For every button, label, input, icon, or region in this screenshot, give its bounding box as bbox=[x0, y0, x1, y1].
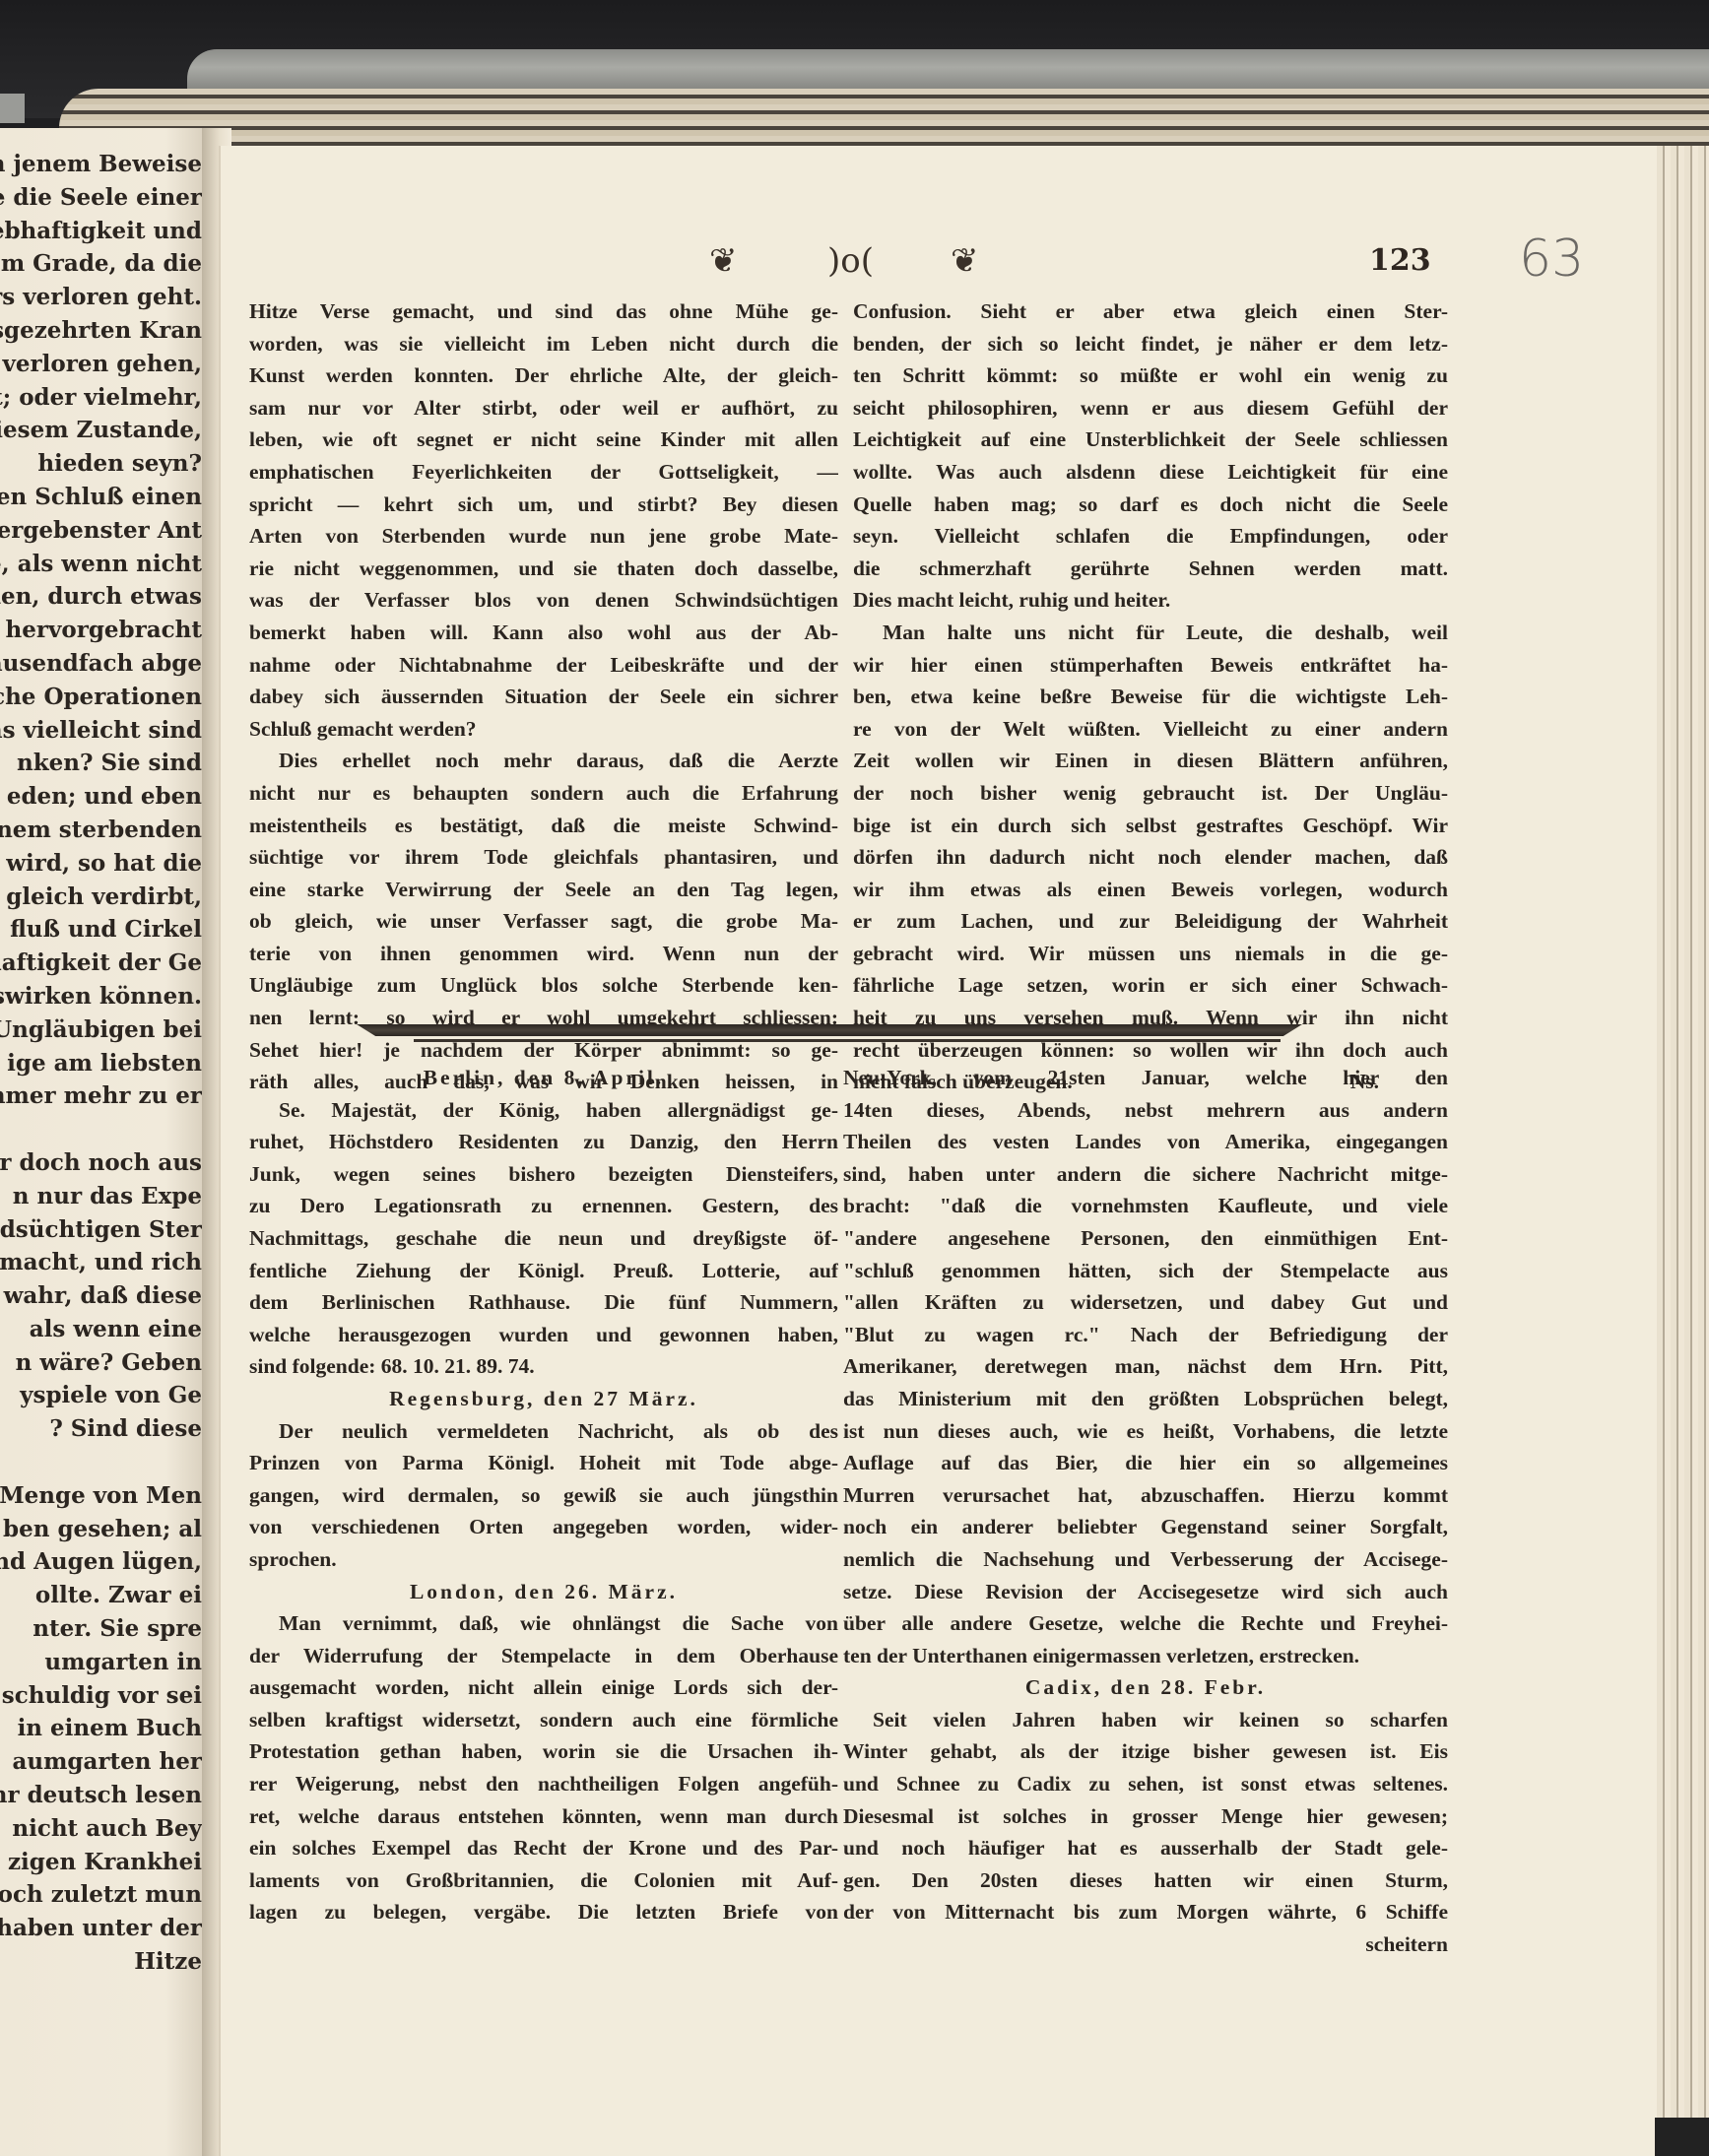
left-page-line-text: sen Schluß einen bbox=[0, 484, 202, 510]
left-page-line: ndsüchtigen Ster bbox=[0, 1213, 202, 1247]
left-page-line: n diesem Zustande, bbox=[0, 414, 202, 447]
cadix-line: und Schnee zu Cadix zu sehen, ist sonst … bbox=[843, 1768, 1448, 1800]
left-page-line: n ergebenster Ant bbox=[0, 514, 202, 548]
text-line: Zeit wollen wir Einen in diesen Blättern… bbox=[853, 745, 1448, 777]
dateline-berlin: Berlin, den 8. April. bbox=[249, 1062, 838, 1094]
left-page-line: wird, so hat die bbox=[0, 847, 202, 881]
left-page-line: hieden seyn? bbox=[0, 447, 202, 481]
left-page-text: in jenem Beweiseäre die Seele einere Leb… bbox=[0, 148, 202, 1979]
headband-left bbox=[0, 94, 25, 123]
text-line: meistentheils es bestätigt, daß die meis… bbox=[249, 810, 838, 842]
left-page-line-text: hieden seyn? bbox=[37, 450, 202, 477]
new-york-line: Neu-York, vom 21sten Januar, welche hier… bbox=[843, 1062, 1448, 1094]
left-page-line-text: e Lebhaftigkeit und bbox=[0, 218, 202, 244]
left-page-line-text: schuldig vor sei bbox=[2, 1682, 202, 1709]
left-page-line: ? Sind diese bbox=[0, 1412, 202, 1446]
news-left-column: Berlin, den 8. April.Se. Majestät, der K… bbox=[249, 1062, 838, 1928]
left-page-line-text: yspiele von Ge bbox=[20, 1382, 202, 1408]
left-page-line: piß verloren gehen, bbox=[0, 348, 202, 381]
new-york-line: Murren verursachet hat, abzuschaffen. Hi… bbox=[843, 1479, 1448, 1512]
text-line: fährliche Lage setzen, worin er sich ein… bbox=[853, 969, 1448, 1002]
left-page-line-text: einem sterbenden bbox=[0, 817, 202, 843]
london-line: Man vernimmt, daß, wie ohnlängst die Sac… bbox=[249, 1607, 838, 1640]
text-line: Dies macht leicht, ruhig und heiter. bbox=[853, 584, 1448, 617]
text-line: Kunst werden konnten. Der ehrliche Alte,… bbox=[249, 359, 838, 392]
text-line: ten Schritt kömmt: so müßte er wohl ein … bbox=[853, 359, 1448, 392]
new-york-line: "schluß genommen hätten, sich der Stempe… bbox=[843, 1255, 1448, 1287]
new-york-line: das Ministerium mit den größten Lobsprüc… bbox=[843, 1383, 1448, 1415]
left-page-line: schuldig vor sei bbox=[0, 1679, 202, 1713]
left-page-line-text: haftigkeit der Ge bbox=[0, 949, 202, 976]
berlin-line: Se. Majestät, der König, haben allergnäd… bbox=[249, 1094, 838, 1127]
cadix-line: gen. Den 20sten dieses hatten wir einen … bbox=[843, 1864, 1448, 1897]
cadix-line: Seit vielen Jahren haben wir keinen so s… bbox=[843, 1704, 1448, 1736]
regensburg-line: von verschiedenen Orten angegeben worden… bbox=[249, 1511, 838, 1543]
text-line: worden, was sie vielleicht im Leben nich… bbox=[249, 328, 838, 360]
left-page-line-text: Hitze bbox=[134, 1948, 202, 1975]
text-line: der noch bisher wenig gebraucht ist. Der… bbox=[853, 777, 1448, 810]
left-page-line bbox=[0, 1446, 202, 1479]
left-page-line: ben gesehen; al bbox=[0, 1513, 202, 1546]
new-york-line: über alle andere Gesetze, welche die Rec… bbox=[843, 1607, 1448, 1640]
new-york-line: bracht: "daß die vornehmsten Kaufleute, … bbox=[843, 1190, 1448, 1222]
left-page-line-text: be, als wenn nicht bbox=[0, 551, 202, 577]
text-line: sam nur vor Alter stirbt, oder weil er a… bbox=[249, 392, 838, 425]
text-line: terie von ihnen genommen wird. Wenn nun … bbox=[249, 938, 838, 970]
left-page-line-text: fluß und Cirkel bbox=[10, 916, 202, 943]
left-page-line-text: haben unter der bbox=[0, 1915, 202, 1941]
bottom-shadow bbox=[1655, 2118, 1709, 2156]
text-line: seicht philosophiren, wenn er aus diesem… bbox=[853, 392, 1448, 425]
text-line: nicht nur es behaupten sondern auch die … bbox=[249, 777, 838, 810]
left-page-line: zigen Krankhei bbox=[0, 1846, 202, 1879]
article-left-column: Hitze Verse gemacht, und sind das ohne M… bbox=[249, 295, 838, 1098]
left-page-line: e Lebhaftigkeit und bbox=[0, 215, 202, 248]
left-page-line-text: n nur das Expe bbox=[13, 1183, 202, 1209]
left-page-line-text: n wäre? Geben bbox=[16, 1349, 202, 1376]
berlin-line: sind folgende: 68. 10. 21. 89. 74. bbox=[249, 1350, 838, 1383]
london-line: ausgemacht worden, nicht allein einige L… bbox=[249, 1671, 838, 1704]
text-line: Hitze Verse gemacht, und sind das ohne M… bbox=[249, 295, 838, 328]
new-york-line: nemlich die Nachsehung und Verbesserung … bbox=[843, 1543, 1448, 1576]
left-page-line: eden; und eben bbox=[0, 780, 202, 814]
left-page-line: umgarten in bbox=[0, 1646, 202, 1679]
text-line: Confusion. Sieht er aber etwa gleich ein… bbox=[853, 295, 1448, 328]
new-york-line: Amerikaner, deretwegen man, nächst dem H… bbox=[843, 1350, 1448, 1383]
text-line: Leichtigkeit auf eine Unsterblichkeit de… bbox=[853, 424, 1448, 456]
text-line: spricht — kehrt sich um, und stirbt? Bey… bbox=[249, 489, 838, 521]
dateline-cadix: Cadix, den 28. Febr. bbox=[843, 1671, 1448, 1704]
cadix-line: Diesesmal ist solches in grosser Menge h… bbox=[843, 1800, 1448, 1833]
left-page-line: noch zuletzt mun bbox=[0, 1878, 202, 1912]
left-page-line-text: nnen, durch etwas bbox=[0, 583, 202, 610]
text-line: gebracht wird. Wir müssen uns niemals in… bbox=[853, 938, 1448, 970]
left-page-line-text: n diesem Zustande, bbox=[0, 417, 202, 443]
left-page-line: n wäre? Geben bbox=[0, 1346, 202, 1380]
text-line: wir ihm etwas als einen Beweis vorlegen,… bbox=[853, 874, 1448, 906]
new-york-line: noch ein anderer beliebter Gegenstand se… bbox=[843, 1511, 1448, 1543]
text-line: süchtige vor ihrem Tode gleichfals phant… bbox=[249, 841, 838, 874]
left-page-line: haben unter der bbox=[0, 1912, 202, 1945]
left-page-line: aumgarten her bbox=[0, 1745, 202, 1779]
left-page-line-text: ist; oder vielmehr, bbox=[0, 384, 202, 411]
text-line: die schmerzhaft gerührte Sehnen werden m… bbox=[853, 553, 1448, 585]
left-page-line: nnen, durch etwas bbox=[0, 580, 202, 614]
left-page-line: äre die Seele einer bbox=[0, 181, 202, 215]
left-page-line-text: Menge von Men bbox=[0, 1482, 202, 1509]
left-page-line: Hitze bbox=[0, 1945, 202, 1979]
left-page-line-text: aumgarten her bbox=[12, 1748, 202, 1775]
berlin-line: dem Berlinischen Rathhause. Die fünf Num… bbox=[249, 1286, 838, 1319]
text-line: Dies erhellet noch mehr daraus, daß die … bbox=[249, 745, 838, 777]
text-line: eine starke Verwirrung der Seele an den … bbox=[249, 874, 838, 906]
header-center-ornament: )o( bbox=[827, 241, 874, 281]
left-page-line-text: nes hervorgebracht bbox=[0, 617, 202, 643]
left-page-line-text: usgezehrten Kran bbox=[0, 317, 202, 344]
catchword: scheitern bbox=[843, 1928, 1448, 1961]
berlin-line: Junk, wegen seines bishero bezeigten Die… bbox=[249, 1158, 838, 1191]
page-stack-edge bbox=[1657, 146, 1709, 2156]
regensburg-line: gangen, wird dermalen, so gewiß sie auch… bbox=[249, 1479, 838, 1512]
new-york-line: 14ten dieses, Abends, nebst mehrern aus … bbox=[843, 1094, 1448, 1127]
left-page-line: nken? Sie sind bbox=[0, 747, 202, 780]
text-line: Man halte uns nicht für Leute, die desha… bbox=[853, 617, 1448, 649]
regensburg-line: Prinzen von Parma Königl. Hoheit mit Tod… bbox=[249, 1447, 838, 1479]
left-page-line: wahr, daß diese bbox=[0, 1279, 202, 1313]
text-line: Ungläubige zum Unglück blos solche Sterb… bbox=[249, 969, 838, 1002]
cadix-line: der von Mitternacht bis zum Morgen währt… bbox=[843, 1896, 1448, 1928]
left-page-line: Ungläubigen bei bbox=[0, 1013, 202, 1047]
london-line: selben kraftigst widersetzt, sondern auc… bbox=[249, 1704, 838, 1736]
left-page-line: emacht, und rich bbox=[0, 1246, 202, 1279]
left-page-line: fluß und Cirkel bbox=[0, 913, 202, 947]
text-line: dabey sich äussernden Situation der Seel… bbox=[249, 681, 838, 713]
left-page-line: ist; oder vielmehr, bbox=[0, 381, 202, 415]
dateline-london: London, den 26. März. bbox=[249, 1576, 838, 1608]
left-page-line: tausendfach abge bbox=[0, 647, 202, 681]
left-page-line-text: zigen Krankhei bbox=[8, 1849, 202, 1875]
left-page-line-text: umgarten in bbox=[44, 1649, 202, 1675]
left-page-line: in jenem Beweise bbox=[0, 148, 202, 181]
left-page-line: ollte. Zwar ei bbox=[0, 1579, 202, 1612]
left-page-line-text: ige am liebsten bbox=[7, 1050, 202, 1077]
page-header: ❦ )o( ❦ 123 63 bbox=[690, 241, 1655, 281]
left-page-line: als wenn eine bbox=[0, 1313, 202, 1346]
left-page-line-text: ndsüchtigen Ster bbox=[0, 1216, 202, 1243]
text-line: er zum Lachen, und zur Beleidigung der W… bbox=[853, 905, 1448, 938]
page-edges bbox=[59, 89, 1709, 148]
left-page-line: yspiele von Ge bbox=[0, 1379, 202, 1412]
section-divider-thin bbox=[414, 1039, 1281, 1042]
text-line: wollte. Was auch alsdenn diese Leichtigk… bbox=[853, 456, 1448, 489]
left-page-line-text: er doch noch aus bbox=[0, 1149, 202, 1176]
left-page-line: hr deutsch lesen bbox=[0, 1779, 202, 1812]
left-page-line-text: wahr, daß diese bbox=[4, 1282, 202, 1309]
section-divider bbox=[357, 1024, 1302, 1036]
left-page-line-text: emacht, und rich bbox=[0, 1249, 202, 1275]
archive-pencil-number: 63 bbox=[1519, 229, 1584, 289]
left-page-line-text: tausendfach abge bbox=[0, 650, 202, 677]
left-page-line: ische Operationen bbox=[0, 681, 202, 714]
left-page-line-text: n ergebenster Ant bbox=[0, 517, 202, 544]
shell-ornament-icon: ❦ bbox=[951, 241, 979, 281]
left-page-line-text: äre die Seele einer bbox=[0, 184, 202, 211]
left-page-line: nter. Sie spre bbox=[0, 1612, 202, 1646]
text-line: benden, der sich so leicht findet, je nä… bbox=[853, 328, 1448, 360]
page-number: 123 bbox=[1369, 243, 1431, 278]
left-page-line: Menge von Men bbox=[0, 1479, 202, 1513]
left-page-line-text: m Grade, da die bbox=[1, 250, 202, 277]
left-page-line-text: in jenem Beweise bbox=[0, 151, 202, 177]
news-right-column: Neu-York, vom 21sten Januar, welche hier… bbox=[843, 1062, 1448, 1961]
left-page-line: be, als wenn nicht bbox=[0, 548, 202, 581]
left-page-line-text: uswirken können. bbox=[0, 983, 202, 1010]
new-york-line: "Blut zu wagen rc." Nach der Befriedigun… bbox=[843, 1319, 1448, 1351]
new-york-line: ten der Unterthanen einigermassen verlet… bbox=[843, 1640, 1448, 1672]
left-page-line: rns vielleicht sind bbox=[0, 714, 202, 748]
left-page-line-text: Ungläubigen bei bbox=[0, 1016, 202, 1043]
london-line: ret, welche daraus entstehen könnten, we… bbox=[249, 1800, 838, 1833]
text-line: ben, etwa keine beßre Beweise für die wi… bbox=[853, 681, 1448, 713]
text-line: ob gleich, wie unser Verfasser sagt, die… bbox=[249, 905, 838, 938]
left-page-line: n nur das Expe bbox=[0, 1180, 202, 1213]
london-line: laments von Großbritannien, die Colonien… bbox=[249, 1864, 838, 1897]
text-line: bige ist ein durch sich selbst gestrafte… bbox=[853, 810, 1448, 842]
text-line: Arten von Sterbenden wurde nun jene grob… bbox=[249, 520, 838, 553]
left-page-line: usgezehrten Kran bbox=[0, 314, 202, 348]
london-line: lagen zu belegen, vergäbe. Die letzten B… bbox=[249, 1896, 838, 1928]
text-line: Quelle haben mag; so darf es doch nicht … bbox=[853, 489, 1448, 521]
left-page-line-text: in einem Buch bbox=[18, 1715, 202, 1741]
left-page-line: nd Augen lügen, bbox=[0, 1545, 202, 1579]
new-york-line: Theilen des vesten Landes von Amerika, e… bbox=[843, 1126, 1448, 1158]
text-line: was der Verfasser blos von denen Schwind… bbox=[249, 584, 838, 617]
text-line: seyn. Vielleicht schlafen die Empfindung… bbox=[853, 520, 1448, 553]
left-page-line: nicht auch Bey bbox=[0, 1812, 202, 1846]
london-line: rer Weigerung, nebst den nachtheiligen F… bbox=[249, 1768, 838, 1800]
new-york-line: "andere angesehene Personen, den einmüth… bbox=[843, 1222, 1448, 1255]
london-line: Protestation gethan haben, worin sie die… bbox=[249, 1735, 838, 1768]
left-page-line-text: ben gesehen; al bbox=[3, 1516, 202, 1542]
left-page-line-text: so gleich verdirbt, bbox=[0, 883, 202, 910]
left-page-line: in einem Buch bbox=[0, 1712, 202, 1745]
new-york-line: setze. Diese Revision der Accisegesetze … bbox=[843, 1576, 1448, 1608]
left-page-line-text: ? Sind diese bbox=[49, 1415, 202, 1442]
berlin-line: welche herausgezogen wurden und gewonnen… bbox=[249, 1319, 838, 1351]
berlin-line: zu Dero Legationsrath zu ernennen. Geste… bbox=[249, 1190, 838, 1222]
berlin-line: Nachmittags, geschahe die neun und dreyß… bbox=[249, 1222, 838, 1255]
berlin-line: fentliche Ziehung der Königl. Preuß. Lot… bbox=[249, 1255, 838, 1287]
regensburg-line: sprochen. bbox=[249, 1543, 838, 1576]
left-page-line: nes hervorgebracht bbox=[0, 614, 202, 647]
left-page-line-text: ollte. Zwar ei bbox=[35, 1582, 202, 1608]
left-page-line-text: eden; und eben bbox=[7, 783, 202, 810]
left-page-line: ige am liebsten bbox=[0, 1047, 202, 1080]
left-page-line-text: piß verloren gehen, bbox=[0, 351, 202, 377]
left-page-line-text: mmer mehr zu er bbox=[0, 1082, 202, 1109]
text-line: dörfen ihn dadurch nicht noch elender ma… bbox=[853, 841, 1448, 874]
cadix-line: und noch häufiger hat es ausserhalb der … bbox=[843, 1832, 1448, 1864]
left-page-line-text: noch zuletzt mun bbox=[0, 1881, 202, 1908]
text-line: leben, wie oft segnet er nicht seine Kin… bbox=[249, 424, 838, 456]
london-line: der Widerrufung der Stempelacte in dem O… bbox=[249, 1640, 838, 1672]
left-page-line-text: rns vielleicht sind bbox=[0, 717, 202, 744]
left-page-line-text: ische Operationen bbox=[0, 684, 202, 710]
text-line: re von der Welt wüßten. Vielleicht zu ei… bbox=[853, 713, 1448, 746]
left-page-line-text: nicht auch Bey bbox=[12, 1815, 202, 1842]
new-york-line: ist nun dieses auch, wie es heißt, Vorha… bbox=[843, 1415, 1448, 1448]
left-page-line-text: hr deutsch lesen bbox=[0, 1782, 202, 1808]
left-page-line-text: nter. Sie spre bbox=[33, 1615, 202, 1642]
regensburg-line: Der neulich vermeldeten Nachricht, als o… bbox=[249, 1415, 838, 1448]
london-line: ein solches Exempel das Recht der Krone … bbox=[249, 1832, 838, 1864]
article-right-column: Confusion. Sieht er aber etwa gleich ein… bbox=[853, 295, 1448, 1098]
new-york-line: sind, haben unter andern die sichere Nac… bbox=[843, 1158, 1448, 1191]
left-page-line: m Grade, da die bbox=[0, 247, 202, 281]
new-york-line: "allen Kräften zu widersetzen, und dabey… bbox=[843, 1286, 1448, 1319]
text-line: bemerkt haben will. Kann also wohl aus d… bbox=[249, 617, 838, 649]
left-page-line bbox=[0, 1113, 202, 1146]
left-page-line: mmer mehr zu er bbox=[0, 1079, 202, 1113]
left-page-line: pers verloren geht. bbox=[0, 281, 202, 314]
left-page-line: haftigkeit der Ge bbox=[0, 947, 202, 980]
text-line: nahme oder Nichtabnahme der Leibeskräfte… bbox=[249, 649, 838, 682]
left-page-line: so gleich verdirbt, bbox=[0, 881, 202, 914]
left-page-line: einem sterbenden bbox=[0, 814, 202, 847]
left-page-line: sen Schluß einen bbox=[0, 481, 202, 514]
left-page-line-text: als wenn eine bbox=[30, 1316, 202, 1342]
cadix-line: Winter gehabt, als der itzige bisher gew… bbox=[843, 1735, 1448, 1768]
left-page-line-text: pers verloren geht. bbox=[0, 284, 202, 310]
text-line: emphatischen Feyerlichkeiten der Gottsel… bbox=[249, 456, 838, 489]
left-page-line-text: nken? Sie sind bbox=[17, 750, 202, 776]
left-page-line: er doch noch aus bbox=[0, 1146, 202, 1180]
new-york-line: Auflage auf das Bier, die hier ein so al… bbox=[843, 1447, 1448, 1479]
text-line: wir hier einen stümperhaften Beweis entk… bbox=[853, 649, 1448, 682]
left-page-line-text: wird, so hat die bbox=[6, 850, 202, 877]
text-line: rie nicht weggenommen, und sie thaten do… bbox=[249, 553, 838, 585]
berlin-line: ruhet, Höchstdero Residenten zu Danzig, … bbox=[249, 1126, 838, 1158]
text-line: Schluß gemacht werden? bbox=[249, 713, 838, 746]
dateline-regensburg: Regensburg, den 27 März. bbox=[249, 1383, 838, 1415]
left-page-line: uswirken können. bbox=[0, 980, 202, 1013]
left-page-line-text: nd Augen lügen, bbox=[0, 1548, 202, 1575]
shell-ornament-icon: ❦ bbox=[709, 241, 738, 281]
